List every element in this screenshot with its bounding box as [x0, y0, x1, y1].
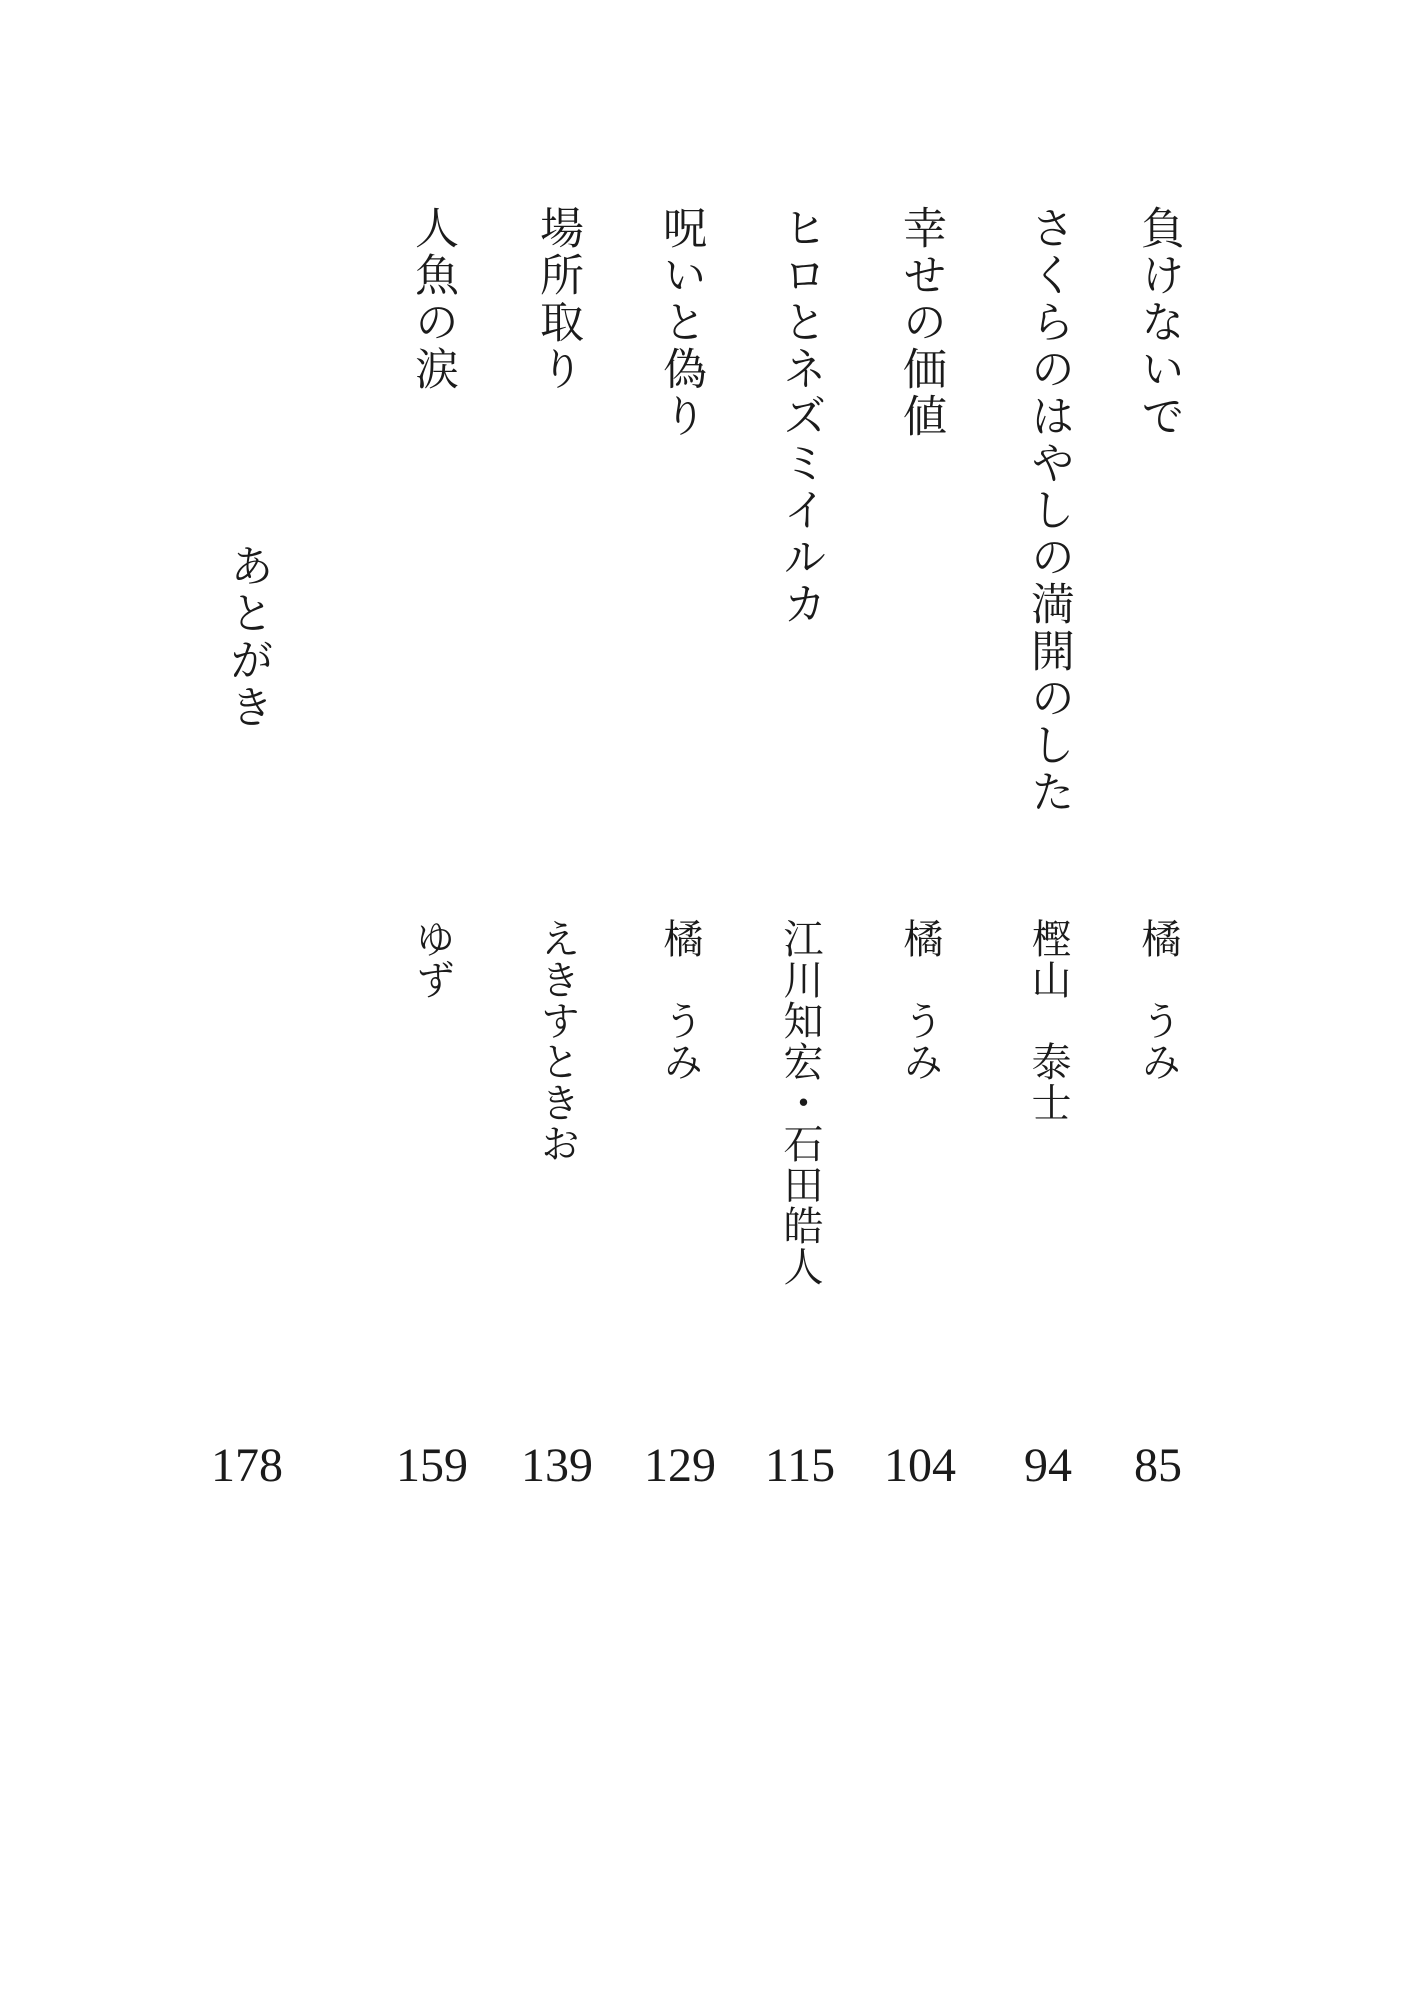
toc-entry-author: ゆず: [412, 918, 452, 1000]
toc-entry-author: 橘 うみ: [900, 918, 940, 1082]
toc-entry-afterword: あとがき 178: [172, 0, 322, 2000]
toc-entry-title: 負けないで: [1136, 205, 1180, 440]
toc-entry-title: 人魚の涙: [410, 205, 454, 393]
toc-entry-title: あとがき: [225, 543, 269, 731]
toc-entry-title: 場所取り: [535, 205, 579, 393]
toc-entry-page-number: 94: [973, 1442, 1123, 1490]
toc-entry-title: 呪いと偽り: [658, 205, 702, 440]
toc-entry: 人魚の涙 ゆず 159: [357, 0, 507, 2000]
toc-entry: さくらのはやしの満開のした 樫山 泰士 94: [973, 0, 1123, 2000]
toc-entry-title: ヒロとネズミイルカ: [778, 205, 822, 628]
toc-entry-author: 樫山 泰士: [1028, 918, 1068, 1123]
toc-entry-page-number: 178: [172, 1442, 322, 1490]
toc-entry-author: 橘 うみ: [660, 918, 700, 1082]
toc-entry-author: 江川知宏・石田皓人: [780, 918, 820, 1287]
toc-entry-title: 幸せの価値: [898, 205, 942, 440]
toc-page: 負けないで 橘 うみ 85 さくらのはやしの満開のした 樫山 泰士 94 幸せの…: [0, 0, 1415, 2000]
toc-entry-author: えきすときお: [537, 918, 577, 1164]
toc-entry-page-number: 159: [357, 1442, 507, 1490]
toc-entry-author: 橘 うみ: [1138, 918, 1178, 1082]
toc-entry-title: さくらのはやしの満開のした: [1026, 205, 1070, 816]
